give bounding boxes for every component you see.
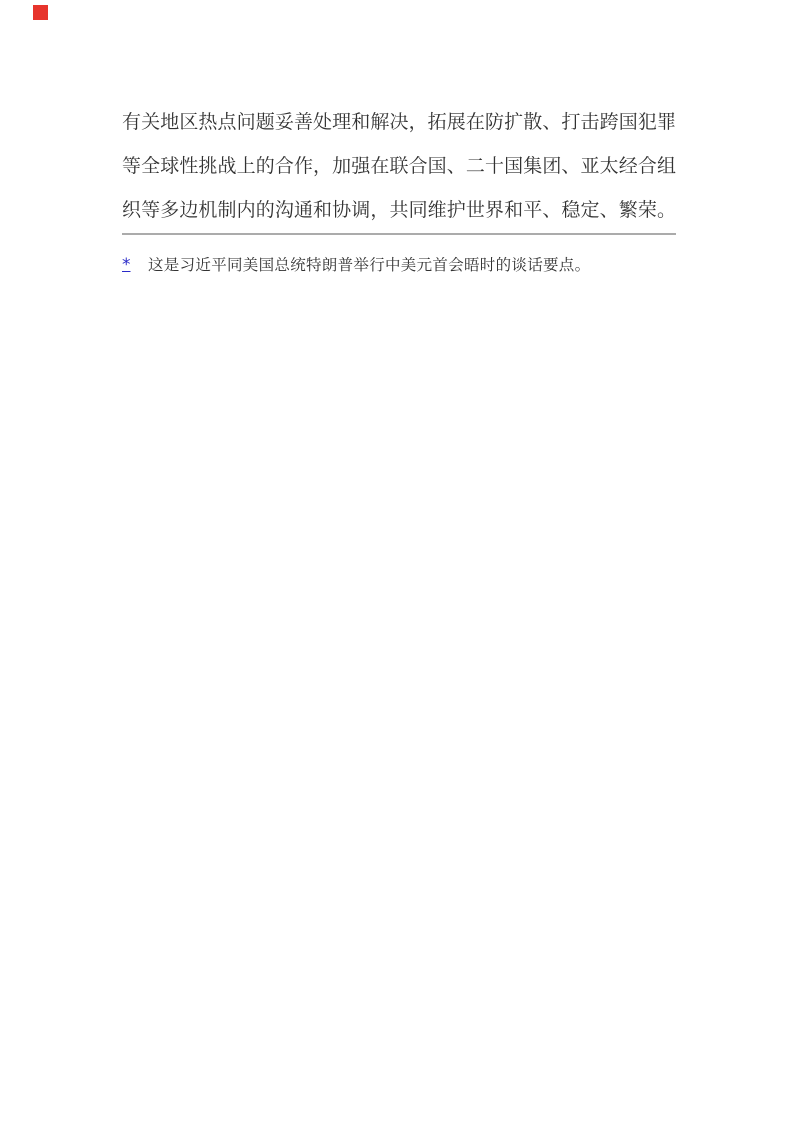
footnote-divider xyxy=(122,233,676,235)
footnote: * 这是习近平同美国总统特朗普举行中美元首会晤时的谈话要点。 xyxy=(122,254,676,276)
footnote-asterisk-link[interactable]: * xyxy=(122,254,132,276)
document-page: 有关地区热点问题妥善处理和解决，拓展在防扩散、打击跨国犯罪 等全球性挑战上的合作… xyxy=(0,0,800,1130)
body-paragraph: 有关地区热点问题妥善处理和解决，拓展在防扩散、打击跨国犯罪 等全球性挑战上的合作… xyxy=(122,100,676,232)
red-square-marker xyxy=(33,5,48,20)
paragraph-line-1: 有关地区热点问题妥善处理和解决，拓展在防扩散、打击跨国犯罪 xyxy=(122,100,676,144)
footnote-text: 这是习近平同美国总统特朗普举行中美元首会晤时的谈话要点。 xyxy=(148,254,590,276)
paragraph-line-2: 等全球性挑战上的合作，加强在联合国、二十国集团、亚太经合组 xyxy=(122,144,676,188)
document-content: 有关地区热点问题妥善处理和解决，拓展在防扩散、打击跨国犯罪 等全球性挑战上的合作… xyxy=(122,100,676,276)
paragraph-line-3: 织等多边机制内的沟通和协调，共同维护世界和平、稳定、繁荣。 xyxy=(122,188,676,232)
